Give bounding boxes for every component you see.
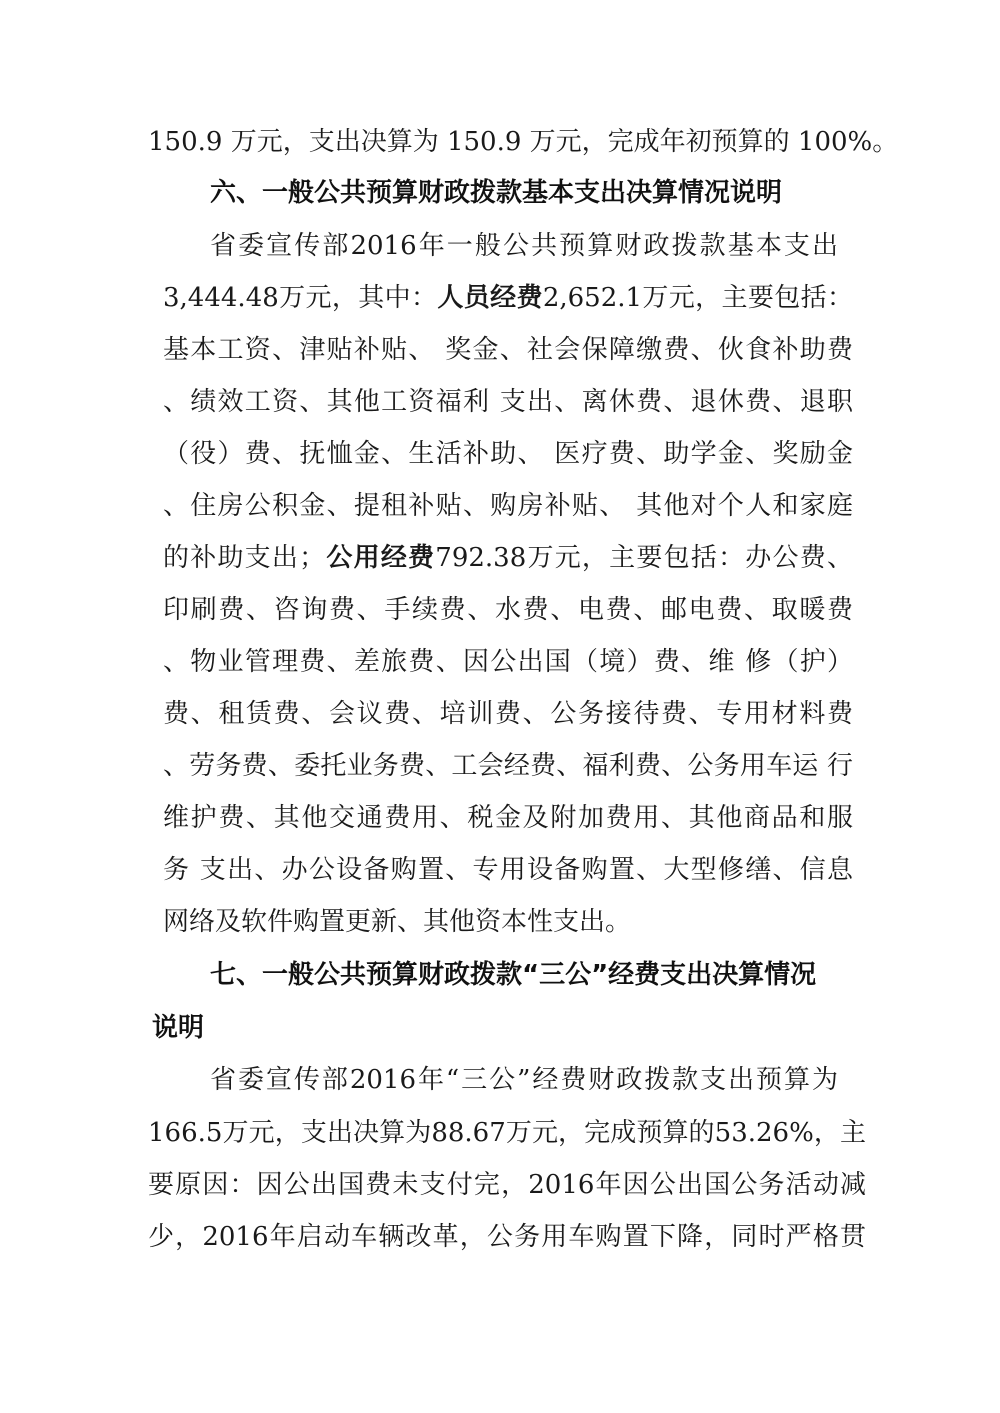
section-7-heading-cont: 说明 — [152, 1008, 204, 1048]
personnel-expenses-label: 人员经费 — [437, 283, 542, 313]
text-segment: 的补助支出； — [163, 543, 325, 573]
section-6-line-public: 的补助支出；公用经费792.38万元，主要包括：办公费、 — [163, 538, 853, 578]
section-7-line: 要原因：因公出国费未支付完，2016年因公出国公务活动减 — [148, 1165, 866, 1205]
section-6-line: 费、租赁费、会议费、培训费、公务接待费、专用材料费 — [163, 694, 853, 734]
document-page: 150.9 万元，支出决算为 150.9 万元，完成年初预算的 100%。 六、… — [0, 0, 1000, 1413]
continuation-line: 150.9 万元，支出决算为 150.9 万元，完成年初预算的 100%。 — [148, 122, 866, 162]
section-6-line: 、物业管理费、差旅费、因公出国（境）费、维 修（护） — [163, 642, 853, 682]
section-7-line: 省委宣传部2016年“三公”经费财政拨款支出预算为 — [210, 1060, 838, 1100]
section-6-line: 、劳务费、委托业务费、工会经费、福利费、公务用车运 行 — [163, 746, 853, 786]
section-6-line: 务 支出、办公设备购置、专用设备购置、大型修缮、信息 — [163, 850, 853, 890]
section-7-line: 少，2016年启动车辆改革，公务用车购置下降，同时严格贯 — [148, 1217, 866, 1257]
section-6-line: 维护费、其他交通费用、税金及附加费用、其他商品和服 — [163, 798, 853, 838]
text-segment: 3,444.48万元，其中： — [163, 283, 437, 313]
text-segment: 2,652.1万元，主要包括： — [543, 283, 853, 313]
section-7-line: 166.5万元，支出决算为88.67万元，完成预算的53.26%，主 — [148, 1113, 866, 1153]
public-expenses-label: 公用经费 — [325, 543, 435, 573]
section-6-line: 、住房公积金、提租补贴、购房补贴、 其他对个人和家庭 — [163, 486, 853, 526]
section-6-line: 基本工资、津贴补贴、 奖金、社会保障缴费、伙食补助费 — [163, 330, 853, 370]
section-6-line-personnel: 3,444.48万元，其中：人员经费2,652.1万元，主要包括： — [163, 278, 853, 318]
section-7-heading: 七、一般公共预算财政拨款“三公”经费支出决算情况 — [210, 955, 816, 995]
section-6-heading: 六、一般公共预算财政拨款基本支出决算情况说明 — [210, 173, 782, 213]
text-segment: 792.38万元，主要包括：办公费、 — [435, 543, 853, 573]
section-6-line: 、绩效工资、其他工资福利 支出、离休费、退休费、退职 — [163, 382, 853, 422]
section-6-line: 网络及软件购置更新、其他资本性支出。 — [163, 902, 853, 942]
section-6-line: 省委宣传部2016年一般公共预算财政拨款基本支出 — [210, 226, 838, 266]
section-6-line: 印刷费、咨询费、手续费、水费、电费、邮电费、取暖费 — [163, 590, 853, 630]
section-6-line: （役）费、抚恤金、生活补助、 医疗费、助学金、奖励金 — [163, 434, 853, 474]
